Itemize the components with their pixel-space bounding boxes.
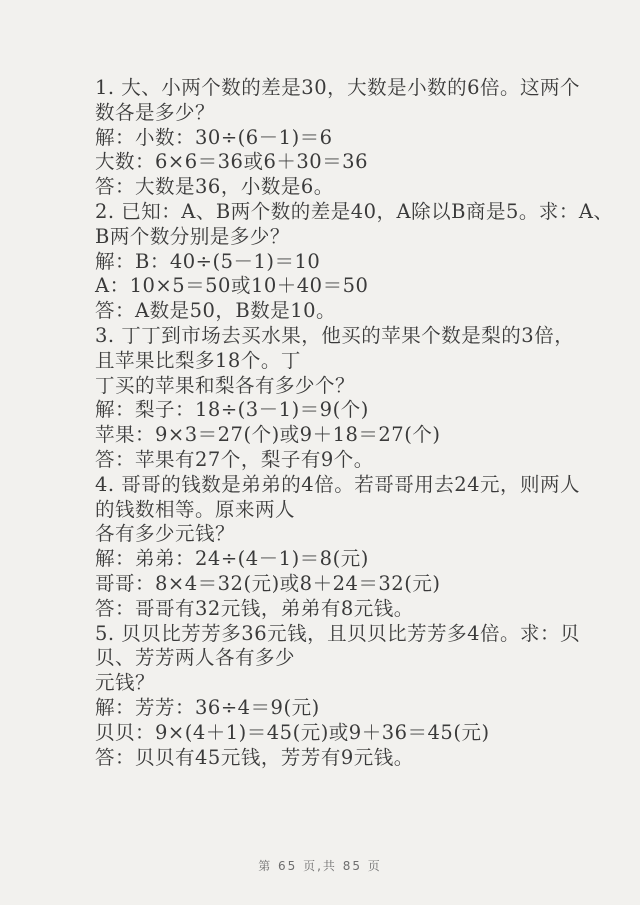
text-line: 且苹果比梨多18个。丁 [95, 349, 565, 374]
text-line: 答：A数是50，B数是10。 [95, 299, 565, 324]
text-line: 元钱？ [95, 671, 565, 696]
text-line: 丁买的苹果和梨各有多少个？ [95, 374, 565, 399]
worksheet-page: 1. 大、小两个数的差是30，大数是小数的6倍。这两个数各是多少？解：小数：30… [0, 0, 640, 905]
text-line: 答：苹果有27个，梨子有9个。 [95, 448, 565, 473]
text-line: 贝、芳芳两人各有多少 [95, 646, 565, 671]
text-line: A：10×5＝50或10＋40＝50 [95, 274, 565, 299]
page-indicator: 第 65 页,共 85 页 [258, 859, 382, 873]
worksheet-content: 1. 大、小两个数的差是30，大数是小数的6倍。这两个数各是多少？解：小数：30… [95, 76, 565, 770]
page-footer: 第 65 页,共 85 页 [0, 857, 640, 874]
text-line: 数各是多少？ [95, 101, 565, 126]
text-line: 各有多少元钱？ [95, 522, 565, 547]
text-line: 答：哥哥有32元钱，弟弟有8元钱。 [95, 597, 565, 622]
text-line: 1. 大、小两个数的差是30，大数是小数的6倍。这两个 [95, 76, 565, 101]
text-line: 3. 丁丁到市场去买水果，他买的苹果个数是梨的3倍， [95, 324, 565, 349]
text-line: B两个数分别是多少？ [95, 225, 565, 250]
text-line: 2. 已知：A、B两个数的差是40，A除以B商是5。求：A、 [95, 200, 565, 225]
text-line: 贝贝：9×(4＋1)＝45(元)或9＋36＝45(元) [95, 721, 565, 746]
text-line: 的钱数相等。原来两人 [95, 498, 565, 523]
text-line: 解：B：40÷(5－1)＝10 [95, 250, 565, 275]
text-line: 大数：6×6＝36或6＋30＝36 [95, 150, 565, 175]
text-line: 答：大数是36，小数是6。 [95, 175, 565, 200]
text-line: 解：梨子：18÷(3－1)＝9(个) [95, 398, 565, 423]
text-line: 解：弟弟：24÷(4－1)＝8(元) [95, 547, 565, 572]
text-line: 哥哥：8×4＝32(元)或8＋24＝32(元) [95, 572, 565, 597]
text-line: 5. 贝贝比芳芳多36元钱，且贝贝比芳芳多4倍。求：贝 [95, 622, 565, 647]
text-line: 解：小数：30÷(6－1)＝6 [95, 126, 565, 151]
text-line: 苹果：9×3＝27(个)或9＋18＝27(个) [95, 423, 565, 448]
text-line: 4. 哥哥的钱数是弟弟的4倍。若哥哥用去24元，则两人 [95, 473, 565, 498]
text-line: 解：芳芳：36÷4＝9(元) [95, 696, 565, 721]
text-line: 答：贝贝有45元钱，芳芳有9元钱。 [95, 746, 565, 771]
